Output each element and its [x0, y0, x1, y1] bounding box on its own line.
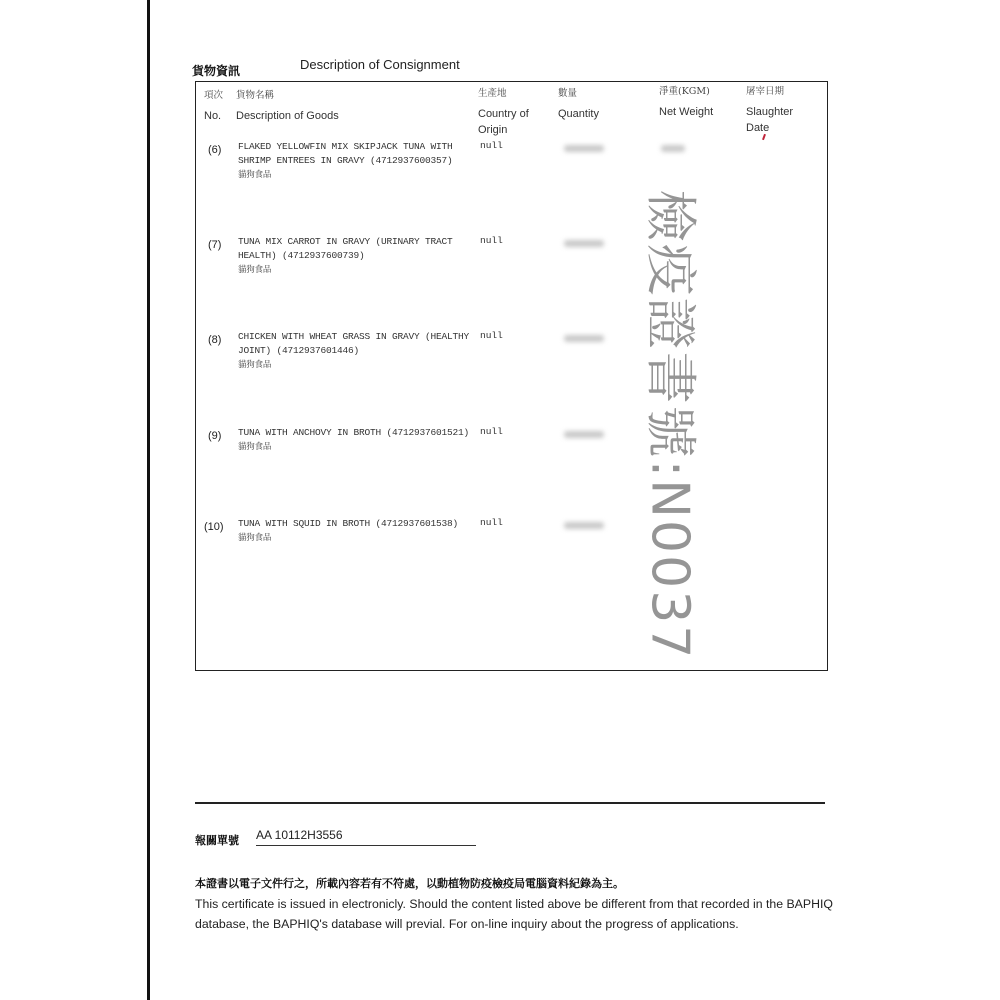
quantity-redacted: [564, 145, 604, 152]
goods-description: CHICKEN WITH WHEAT GRASS IN GRAVY (HEALT…: [238, 330, 483, 372]
goods-description: TUNA WITH ANCHOVY IN BROTH (471293760152…: [238, 426, 483, 454]
header-net-weight: 淨重(KGM)Net Weight: [659, 84, 713, 120]
certificate-number-watermark: 檢疫證書號:N0037: [638, 190, 713, 661]
goods-description: TUNA MIX CARROT IN GRAVY (URINARY TRACT …: [238, 235, 478, 277]
section-title-en: Description of Consignment: [300, 57, 460, 72]
quantity-redacted: [564, 240, 604, 247]
quantity-redacted: [564, 335, 604, 342]
header-quantity: 數量Quantity: [558, 86, 599, 122]
page-left-edge: [147, 0, 150, 1000]
net-weight-redacted: [661, 145, 685, 152]
quantity-redacted: [564, 431, 604, 438]
quantity-redacted: [564, 522, 604, 529]
goods-description: TUNA WITH SQUID IN BROTH (4712937601538)…: [238, 517, 478, 545]
header-no: 項次No.: [204, 88, 223, 124]
declaration-label: 報關單號: [195, 832, 239, 848]
consignment-table: 項次No. 貨物名稱Description of Goods 生產地Countr…: [195, 81, 828, 671]
section-title-zh: 貨物資訊: [192, 62, 240, 79]
header-description: 貨物名稱Description of Goods: [236, 88, 339, 124]
header-origin: 生產地Country of Origin: [478, 86, 548, 138]
footer-divider: [195, 802, 825, 804]
notice-en: This certificate is issued in electronic…: [195, 894, 835, 934]
notice-zh: 本證書以電子文件行之，所載內容若有不符處，以動植物防疫檢疫局電腦資料紀錄為主。: [195, 875, 624, 891]
header-slaughter-date: 屠宰日期Slaughter Date: [746, 84, 806, 136]
declaration-number: AA 10112H3556: [256, 828, 476, 846]
goods-description: FLAKED YELLOWFIN MIX SKIPJACK TUNA WITH …: [238, 140, 478, 182]
